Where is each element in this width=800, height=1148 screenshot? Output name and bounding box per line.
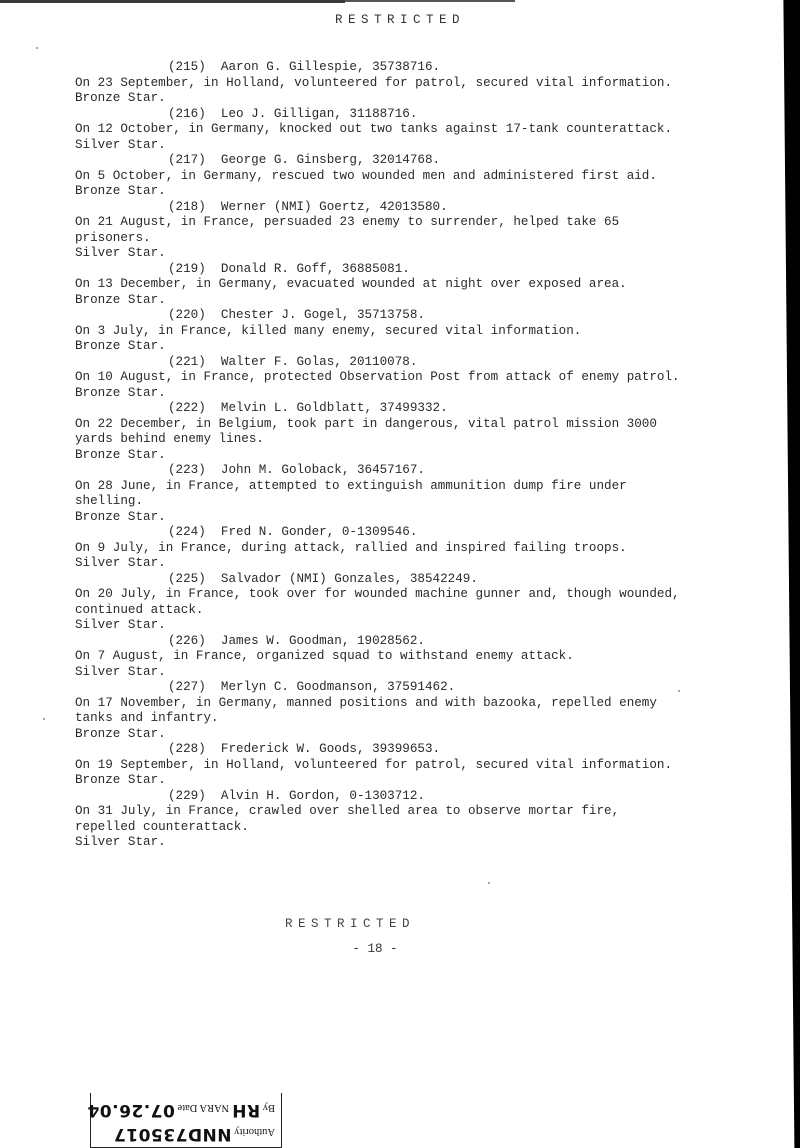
- entry-name-serial: Fred N. Gonder, 0-1309546.: [221, 525, 418, 539]
- entry-citation-line: On 13 December, in Germany, evacuated wo…: [75, 277, 755, 293]
- award-entry: (223) John M. Goloback, 36457167.On 28 J…: [75, 463, 755, 525]
- entry-heading: (216) Leo J. Gilligan, 31188716.: [75, 107, 755, 123]
- scan-speck: [678, 690, 680, 692]
- entry-citation-line: On 7 August, in France, organized squad …: [75, 649, 755, 665]
- entry-citation-line: On 28 June, in France, attempted to exti…: [75, 479, 755, 495]
- entry-number: (217): [168, 153, 206, 167]
- entry-citation-line: On 23 September, in Holland, volunteered…: [75, 76, 755, 92]
- scan-speck: [488, 882, 490, 884]
- scan-edge-shadow: [780, 0, 800, 1148]
- entry-name-serial: George G. Ginsberg, 32014768.: [221, 153, 440, 167]
- entry-name-serial: Alvin H. Gordon, 0-1303712.: [221, 789, 425, 803]
- entry-heading: (227) Merlyn C. Goodmanson, 37591462.: [75, 680, 755, 696]
- award-entry: (217) George G. Ginsberg, 32014768.On 5 …: [75, 153, 755, 200]
- entry-name-serial: Salvador (NMI) Gonzales, 38542249.: [221, 572, 478, 586]
- stamp-authority-value: NND735017: [113, 1124, 231, 1144]
- stamp-date-label: Date: [178, 1102, 198, 1113]
- scan-speck: [43, 718, 45, 720]
- entry-award: Silver Star.: [75, 665, 755, 681]
- award-entry: (220) Chester J. Gogel, 35713758.On 3 Ju…: [75, 308, 755, 355]
- entry-award: Bronze Star.: [75, 339, 755, 355]
- entry-citation-line: On 12 October, in Germany, knocked out t…: [75, 122, 755, 138]
- award-entry: (228) Frederick W. Goods, 39399653.On 19…: [75, 742, 755, 789]
- entry-award: Bronze Star.: [75, 293, 755, 309]
- entry-name-serial: Melvin L. Goldblatt, 37499332.: [221, 401, 448, 415]
- entry-number: (223): [168, 463, 206, 477]
- entry-number: (225): [168, 572, 206, 586]
- entry-award: Silver Star.: [75, 138, 755, 154]
- entry-award: Silver Star.: [75, 835, 755, 851]
- stamp-by-label: By: [263, 1102, 275, 1113]
- entry-citation-line: continued attack.: [75, 603, 755, 619]
- stamp-authority-line: Authority NND735017: [113, 1124, 275, 1144]
- entry-award: Bronze Star.: [75, 91, 755, 107]
- entry-award: Silver Star.: [75, 246, 755, 262]
- award-entry: (227) Merlyn C. Goodmanson, 37591462.On …: [75, 680, 755, 742]
- entry-number: (219): [168, 262, 206, 276]
- entry-name-serial: Chester J. Gogel, 35713758.: [221, 308, 425, 322]
- entry-heading: (219) Donald R. Goff, 36885081.: [75, 262, 755, 278]
- entry-name-serial: Frederick W. Goods, 39399653.: [221, 742, 440, 756]
- entry-heading: (218) Werner (NMI) Goertz, 42013580.: [75, 200, 755, 216]
- declassification-stamp: Authority NND735017 By RH NARA Date 07.2…: [90, 1093, 282, 1148]
- entry-citation-line: On 17 November, in Germany, manned posit…: [75, 696, 755, 712]
- entry-number: (215): [168, 60, 206, 74]
- entry-award: Bronze Star.: [75, 727, 755, 743]
- entry-heading: (226) James W. Goodman, 19028562.: [75, 634, 755, 650]
- entry-citation-line: On 10 August, in France, protected Obser…: [75, 370, 755, 386]
- entry-heading: (222) Melvin L. Goldblatt, 37499332.: [75, 401, 755, 417]
- entry-award: Bronze Star.: [75, 184, 755, 200]
- entry-number: (228): [168, 742, 206, 756]
- stamp-authority-label: Authority: [234, 1126, 275, 1137]
- stamp-agency: NARA: [200, 1102, 229, 1113]
- entry-name-serial: Aaron G. Gillespie, 35738716.: [221, 60, 440, 74]
- award-entry: (216) Leo J. Gilligan, 31188716.On 12 Oc…: [75, 107, 755, 154]
- award-entry: (226) James W. Goodman, 19028562.On 7 Au…: [75, 634, 755, 681]
- entry-citation-line: shelling.: [75, 494, 755, 510]
- award-entry: (219) Donald R. Goff, 36885081.On 13 Dec…: [75, 262, 755, 309]
- award-entry: (222) Melvin L. Goldblatt, 37499332.On 2…: [75, 401, 755, 463]
- entry-heading: (225) Salvador (NMI) Gonzales, 38542249.: [75, 572, 755, 588]
- award-entry: (225) Salvador (NMI) Gonzales, 38542249.…: [75, 572, 755, 634]
- entry-number: (226): [168, 634, 206, 648]
- entry-citation-line: On 31 July, in France, crawled over shel…: [75, 804, 755, 820]
- entry-heading: (229) Alvin H. Gordon, 0-1303712.: [75, 789, 755, 805]
- entry-award: Silver Star.: [75, 556, 755, 572]
- entry-name-serial: John M. Goloback, 36457167.: [221, 463, 425, 477]
- entry-citation-line: On 3 July, in France, killed many enemy,…: [75, 324, 755, 340]
- entry-citation-line: tanks and infantry.: [75, 711, 755, 727]
- scan-speck: [36, 47, 38, 49]
- entry-heading: (221) Walter F. Golas, 20110078.: [75, 355, 755, 371]
- entry-heading: (215) Aaron G. Gillespie, 35738716.: [75, 60, 755, 76]
- entry-number: (229): [168, 789, 206, 803]
- award-entry: (221) Walter F. Golas, 20110078.On 10 Au…: [75, 355, 755, 402]
- stamp-date-value: 07.26.04: [87, 1100, 175, 1120]
- stamp-by-line: By RH NARA Date 07.26.04: [87, 1100, 275, 1120]
- entry-name-serial: Donald R. Goff, 36885081.: [221, 262, 410, 276]
- entry-citation-line: On 20 July, in France, took over for wou…: [75, 587, 755, 603]
- entry-name-serial: Walter F. Golas, 20110078.: [221, 355, 418, 369]
- entry-award: Bronze Star.: [75, 510, 755, 526]
- entry-number: (218): [168, 200, 206, 214]
- entry-citation-line: On 9 July, in France, during attack, ral…: [75, 541, 755, 557]
- entry-name-serial: Merlyn C. Goodmanson, 37591462.: [221, 680, 455, 694]
- entry-heading: (217) George G. Ginsberg, 32014768.: [75, 153, 755, 169]
- entry-heading: (228) Frederick W. Goods, 39399653.: [75, 742, 755, 758]
- page-number: - 18 -: [0, 942, 750, 956]
- entry-number: (221): [168, 355, 206, 369]
- entry-number: (220): [168, 308, 206, 322]
- entry-award: Bronze Star.: [75, 773, 755, 789]
- entry-citation-line: repelled counterattack.: [75, 820, 755, 836]
- entry-number: (224): [168, 525, 206, 539]
- entry-citation-line: prisoners.: [75, 231, 755, 247]
- entry-number: (222): [168, 401, 206, 415]
- entry-number: (227): [168, 680, 206, 694]
- header-classification: RESTRICTED: [0, 13, 800, 27]
- stamp-by-value: RH: [232, 1100, 260, 1120]
- entry-name-serial: James W. Goodman, 19028562.: [221, 634, 425, 648]
- entry-award: Bronze Star.: [75, 448, 755, 464]
- award-entry: (224) Fred N. Gonder, 0-1309546.On 9 Jul…: [75, 525, 755, 572]
- entry-award: Silver Star.: [75, 618, 755, 634]
- award-entry: (215) Aaron G. Gillespie, 35738716.On 23…: [75, 60, 755, 107]
- award-entry: (229) Alvin H. Gordon, 0-1303712.On 31 J…: [75, 789, 755, 851]
- entry-citation-line: On 19 September, in Holland, volunteered…: [75, 758, 755, 774]
- top-edge-rule-segment: [345, 0, 515, 2]
- entry-citation-line: On 21 August, in France, persuaded 23 en…: [75, 215, 755, 231]
- entry-heading: (224) Fred N. Gonder, 0-1309546.: [75, 525, 755, 541]
- entry-name-serial: Leo J. Gilligan, 31188716.: [221, 107, 418, 121]
- entry-heading: (220) Chester J. Gogel, 35713758.: [75, 308, 755, 324]
- award-entry: (218) Werner (NMI) Goertz, 42013580.On 2…: [75, 200, 755, 262]
- entry-citation-line: yards behind enemy lines.: [75, 432, 755, 448]
- top-edge-rule: [0, 0, 345, 3]
- entry-name-serial: Werner (NMI) Goertz, 42013580.: [221, 200, 448, 214]
- entry-heading: (223) John M. Goloback, 36457167.: [75, 463, 755, 479]
- entry-citation-line: On 22 December, in Belgium, took part in…: [75, 417, 755, 433]
- entry-citation-line: On 5 October, in Germany, rescued two wo…: [75, 169, 755, 185]
- footer-classification: RESTRICTED: [0, 917, 700, 931]
- entry-number: (216): [168, 107, 206, 121]
- entry-award: Bronze Star.: [75, 386, 755, 402]
- awards-list: (215) Aaron G. Gillespie, 35738716.On 23…: [75, 60, 755, 851]
